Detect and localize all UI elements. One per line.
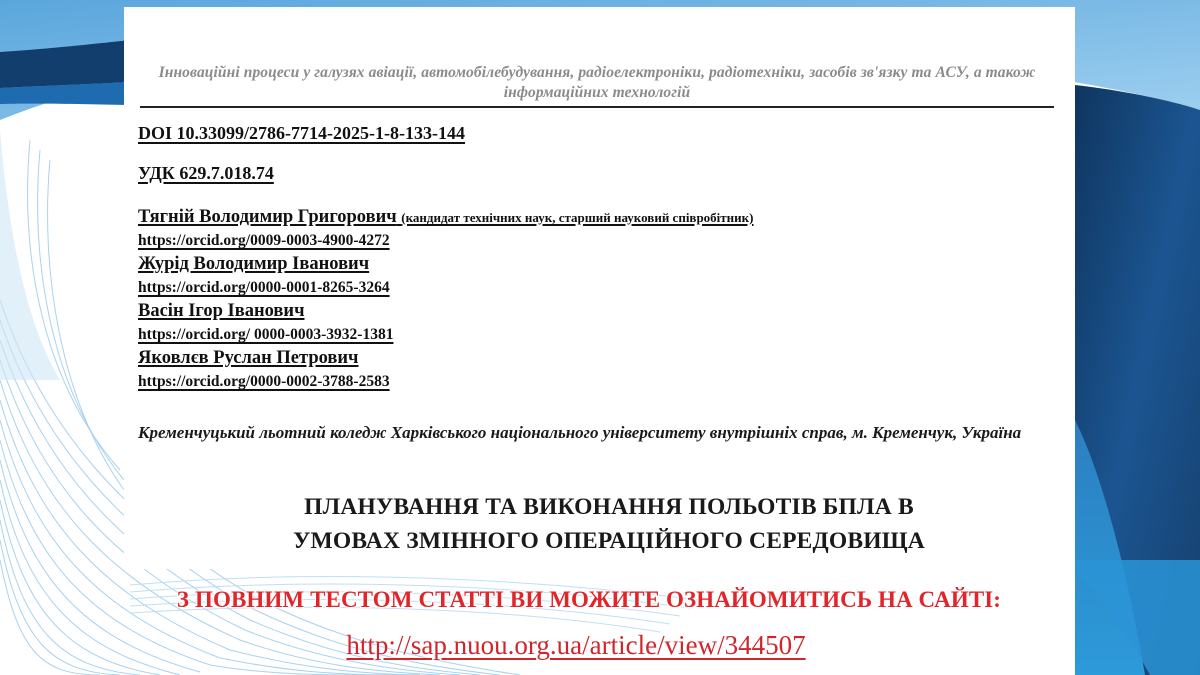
orcid-link[interactable]: https://orcid.org/ 0000-0003-3932-1381 [138,323,1038,347]
orcid-link[interactable]: https://orcid.org/0009-0003-4900-4272 [138,229,1038,253]
author-name: Яковлєв Руслан Петрович [138,347,1038,370]
author-entry: Журід Володимир Іванович https://orcid.o… [138,253,1038,300]
journal-header: Інноваційні процеси у галузях авіації, а… [140,63,1054,103]
article-title: ПЛАНУВАННЯ ТА ВИКОНАННЯ ПОЛЬОТІВ БПЛА В … [194,490,1024,558]
author-name: Васін Ігор Іванович [138,300,1038,323]
affiliation: Кременчуцький льотний коледж Харківськог… [138,421,1051,445]
author-name: Тягній Володимир Григорович (кандидат те… [138,206,1038,229]
orcid-link[interactable]: https://orcid.org/0000-0002-3788-2583 [138,370,1038,394]
article-link[interactable]: http://sap.nuou.org.ua/article/view/3445… [0,630,1152,661]
header-divider [140,106,1054,108]
call-to-action: З ПОВНИМ ТЕСТОМ СТАТТІ ВИ МОЖИТЕ ОЗНАЙОМ… [0,587,1178,613]
article-title-line-2: УМОВАХ ЗМІННОГО ОПЕРАЦІЙНОГО СЕРЕДОВИЩА [194,524,1024,558]
orcid-link[interactable]: https://orcid.org/0000-0001-8265-3264 [138,276,1038,300]
author-degree: (кандидат технічних наук, старший науков… [401,210,753,225]
author-entry: Васін Ігор Іванович https://orcid.org/ 0… [138,300,1038,347]
article-title-line-1: ПЛАНУВАННЯ ТА ВИКОНАННЯ ПОЛЬОТІВ БПЛА В [194,490,1024,524]
article-page: Інноваційні процеси у галузях авіації, а… [124,7,1075,569]
doi: DOI 10.33099/2786-7714-2025-1-8-133-144 [138,123,465,144]
author-entry: Яковлєв Руслан Петрович https://orcid.or… [138,347,1038,394]
author-list: Тягній Володимир Григорович (кандидат те… [138,206,1038,394]
udk-code: УДК 629.7.018.74 [138,163,274,184]
author-name: Журід Володимир Іванович [138,253,1038,276]
author-entry: Тягній Володимир Григорович (кандидат те… [138,206,1038,253]
